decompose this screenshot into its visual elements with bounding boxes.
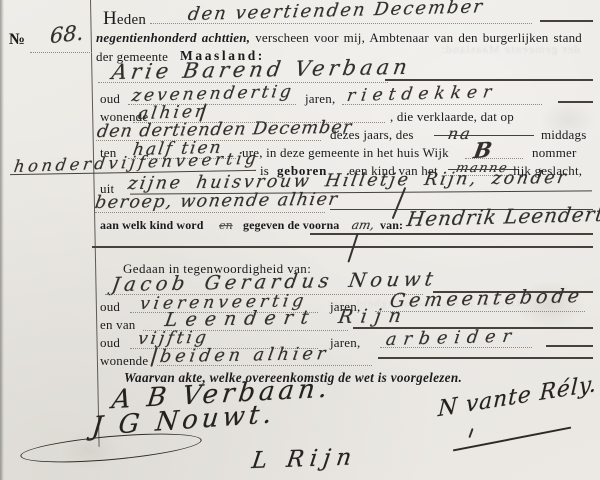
heden-label: Heden (103, 8, 146, 30)
naming-van-text: van: (380, 218, 403, 233)
mother-line2-handwritten: beroep, wonende alhier (93, 190, 340, 213)
fill-line-solid (378, 357, 593, 359)
child-name-handwritten: Hendrik Leendert (405, 202, 600, 231)
verklaarde-text: , die verklaarde, dat op (390, 109, 514, 125)
record-number-value: 68. (50, 20, 84, 48)
jaren-label: jaren, (305, 91, 335, 107)
dezes-jaars-text: dezes jaars, des (330, 127, 414, 143)
birth-date-handwritten: den dertienden December (95, 118, 353, 143)
year-text-italic: negentienhonderd achttien, (96, 30, 250, 45)
nommer-label: nommer (532, 145, 577, 161)
empty-name-rule (92, 246, 593, 248)
witnesses-residence-handwritten: beiden alhier (158, 344, 330, 367)
year-text-rest: verscheen voor mij, Ambtenaar van den bu… (255, 30, 582, 45)
declarant-occupation-handwritten: rietdekker (345, 82, 498, 106)
fill-line-solid (310, 233, 593, 235)
pen-stroke (150, 347, 157, 367)
fill-line-solid (385, 79, 593, 81)
wijk-letter-handwritten: B (472, 137, 495, 164)
witness1-occupation-handwritten: Gemeentebode (388, 285, 584, 312)
fill-line-solid (558, 101, 593, 103)
year-line: negentienhonderd achttien, verscheen voo… (96, 30, 582, 46)
birth-certificate-page: der gemeente Maasland: Gedaan in tegenwo… (0, 0, 600, 480)
fill-line-dotted (342, 104, 542, 105)
en-van-label: en van (100, 317, 136, 333)
jaren-label: jaren, (330, 335, 360, 351)
oud-label: oud (100, 299, 120, 315)
scan-edge-shadow (0, 0, 4, 480)
pen-stroke (347, 233, 358, 262)
fill-line-solid (434, 135, 534, 136)
naming-pre-text: aan welk kind word (100, 218, 204, 233)
fill-line-solid (540, 20, 593, 22)
act-date-handwritten: den veertienden December (186, 0, 485, 25)
fill-line-solid (546, 345, 593, 347)
fill-line-dotted (95, 212, 325, 213)
fill-line-dotted (157, 365, 372, 366)
signature-witness2: L Rijn (250, 444, 359, 474)
daypart-handwritten: na (446, 124, 473, 143)
fill-line-dotted (465, 158, 523, 159)
wonende-label: wonende (100, 353, 148, 369)
declarant-name-handwritten: Arie Barend Verbaan (110, 55, 413, 84)
record-number-symbol: № (9, 31, 25, 49)
oud-label: oud (100, 335, 120, 351)
pen-stroke (468, 428, 473, 438)
naming-hand-suffix: am, (351, 218, 376, 232)
fill-line-dotted (150, 23, 532, 24)
fill-line-dotted (380, 347, 532, 348)
naming-struck-suffix: en (219, 219, 233, 232)
fill-line-dotted (30, 52, 92, 53)
ure-gemeente-text: ure, in deze gemeente in het huis Wijk (242, 145, 449, 161)
middags-text: middags (541, 127, 586, 143)
oud-label: oud (100, 91, 120, 107)
margin-rule (90, 0, 100, 447)
naming-mid-text: gegeven de voorna (243, 218, 339, 233)
